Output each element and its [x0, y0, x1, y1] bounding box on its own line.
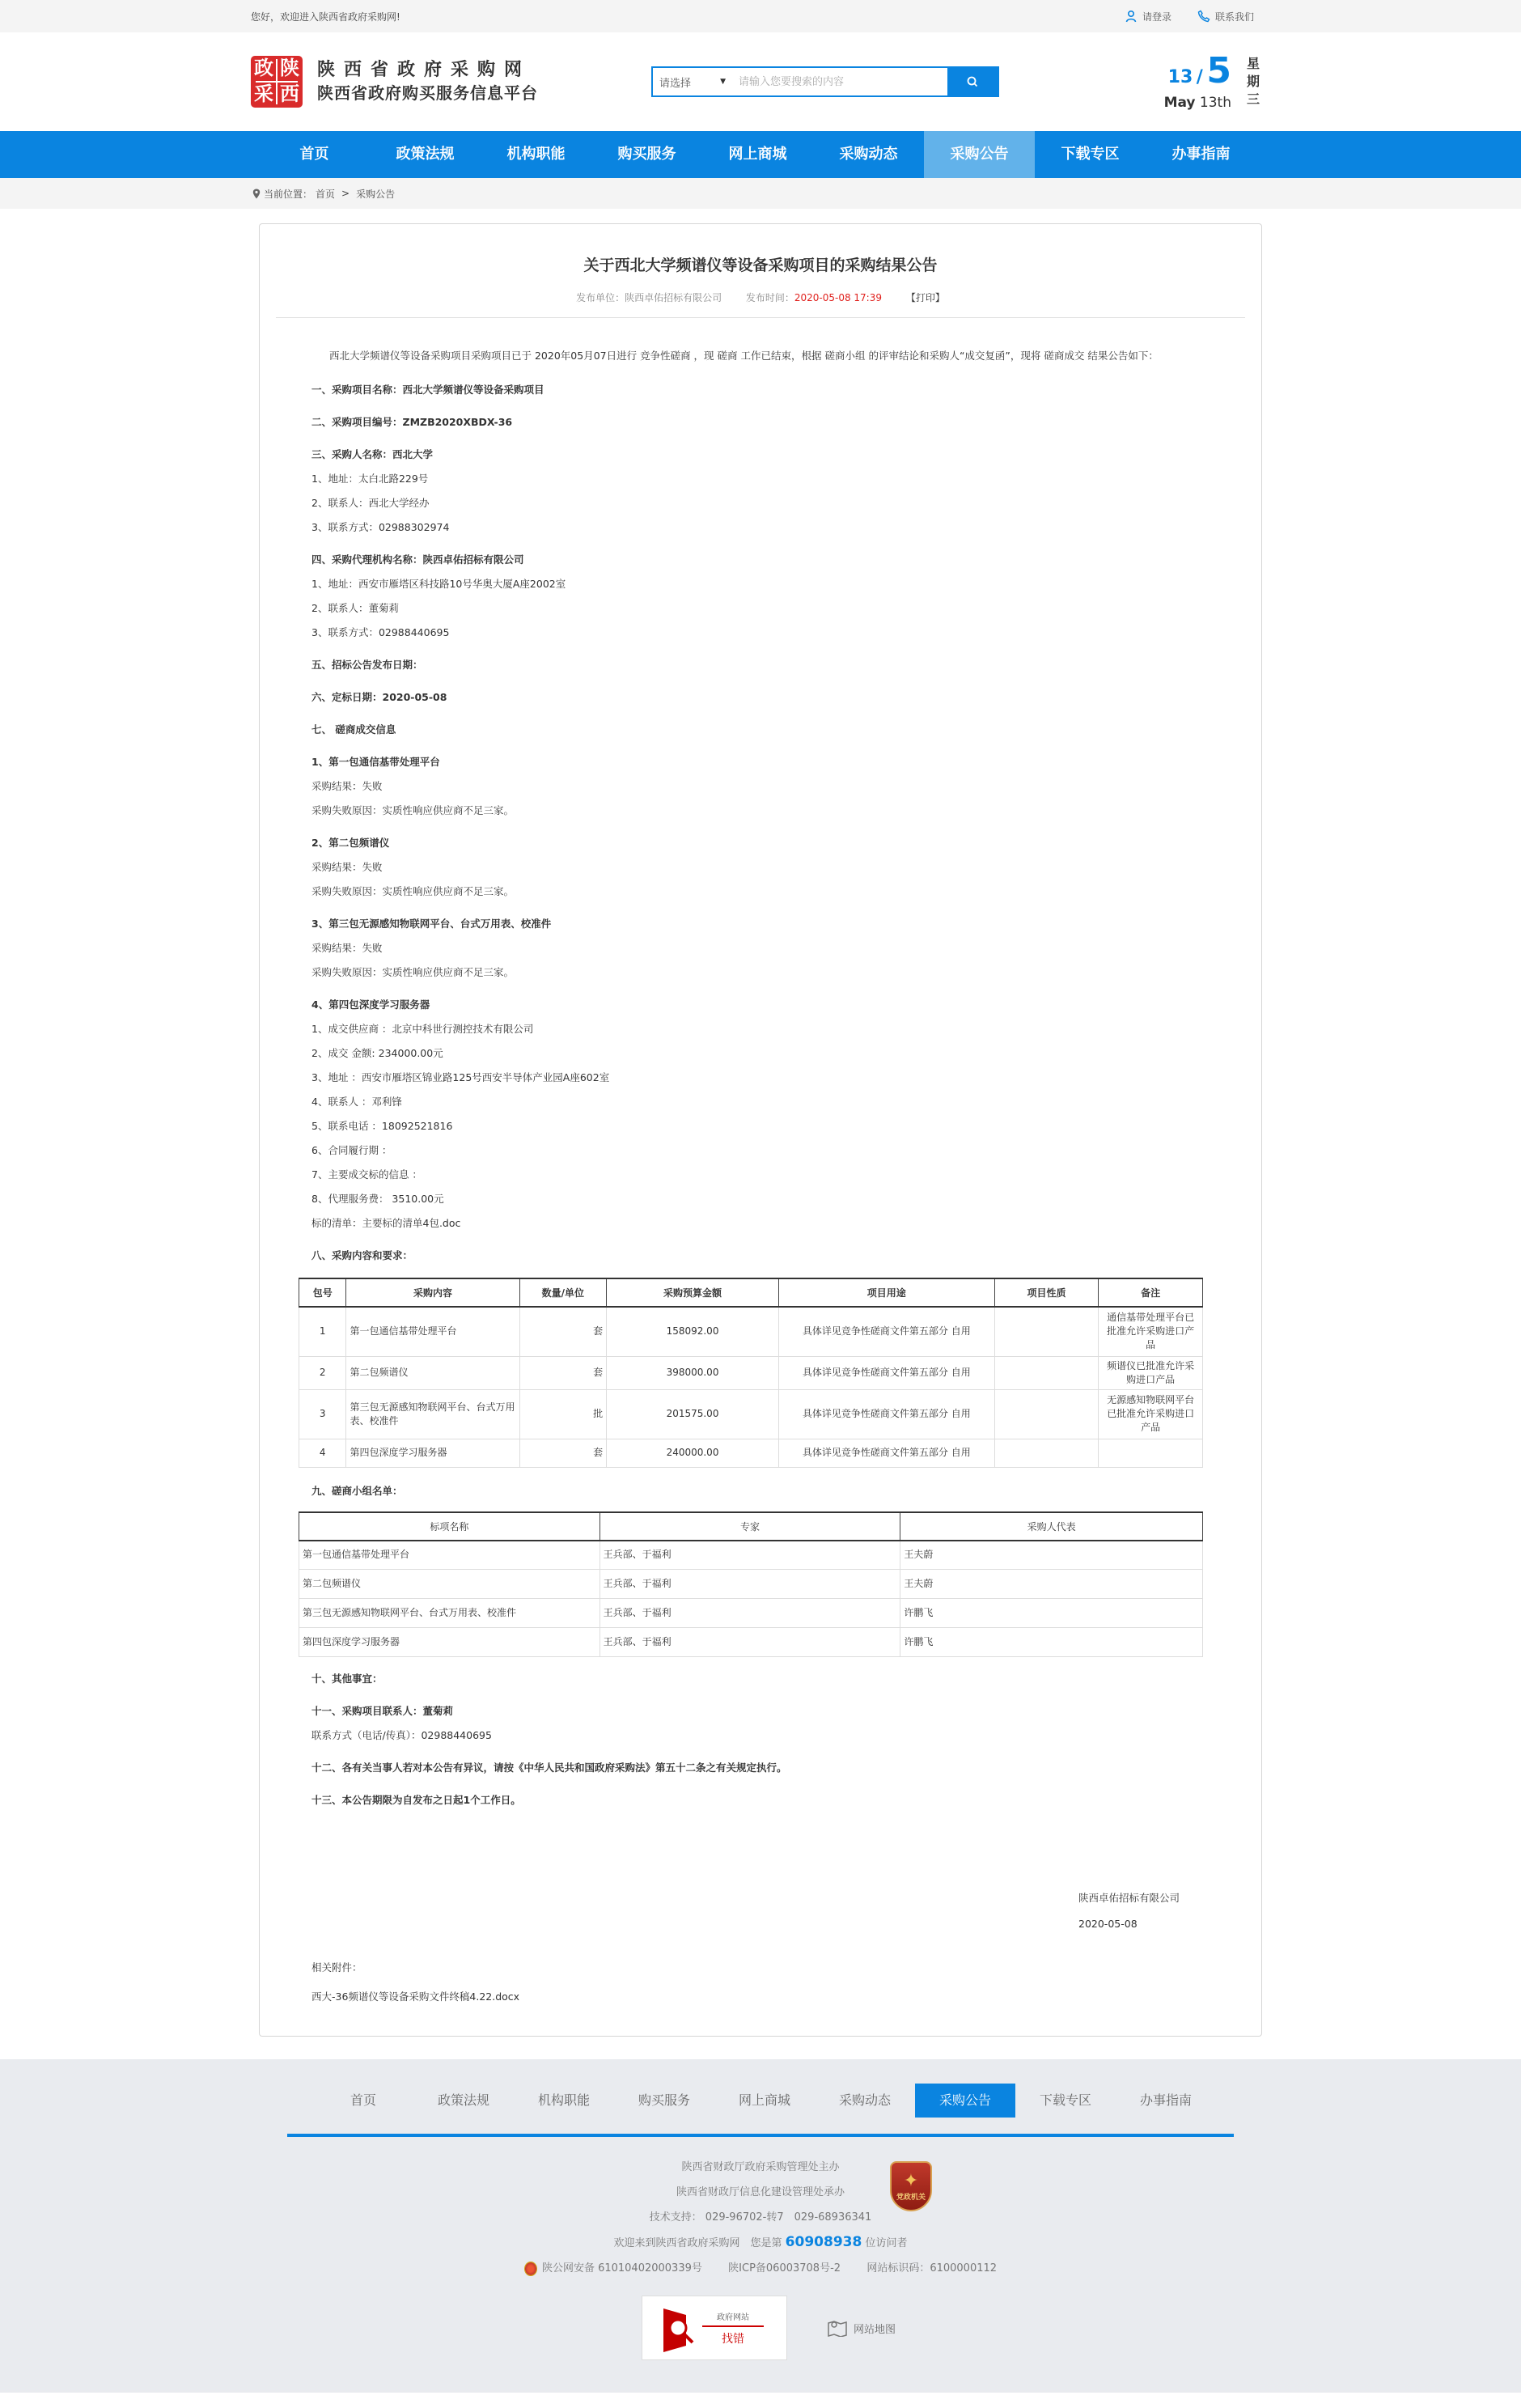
- table-cell: 第一包通信基带处理平台: [346, 1307, 519, 1356]
- table-cell: 王兵部、于福利: [600, 1599, 900, 1628]
- section-9: 九、磋商小组名单：: [311, 1479, 1210, 1503]
- section-6: 六、定标日期：2020-05-08: [311, 685, 1210, 710]
- table-cell: 具体详见竞争性磋商文件第五部分 自用: [778, 1439, 994, 1467]
- date-display: 13 / 5 May 13th 星 期 三: [1164, 53, 1260, 111]
- nav-item[interactable]: 下载专区: [1035, 131, 1146, 178]
- table-header: 标项名称: [299, 1512, 600, 1541]
- table-row: 第二包频谱仪王兵部、于福利王夫蔚: [299, 1570, 1203, 1599]
- magnifier-flag-icon: [663, 2304, 694, 2352]
- package-title: 1、第一包通信基带处理平台: [311, 750, 1210, 774]
- footer-divider: [287, 2134, 1234, 2137]
- package-4-title: 4、第四包深度学习服务器: [311, 993, 1210, 1017]
- package-result: 采购结果：失败: [311, 774, 1210, 799]
- table-cell: 具体详见竞争性磋商文件第五部分 自用: [778, 1307, 994, 1356]
- nav-item[interactable]: 网上商城: [702, 131, 813, 178]
- location-pin-icon: [252, 189, 261, 199]
- agency-detail: 3、联系方式：02988440695: [311, 621, 1210, 645]
- section-13: 十三、本公告期限为自发布之日起1个工作日。: [311, 1788, 1210, 1812]
- table-header: 采购预算金额: [607, 1278, 779, 1307]
- date-month-name: May: [1164, 95, 1196, 111]
- icp-link[interactable]: 陕ICP备06003708号-2: [728, 2262, 841, 2274]
- sitemap-link[interactable]: 网站地图: [828, 2319, 896, 2337]
- table-cell: 王兵部、于福利: [600, 1541, 900, 1570]
- article-card: 关于西北大学频谱仪等设备采购项目的采购结果公告 发布单位：陕西卓佑招标有限公司 …: [259, 223, 1262, 2037]
- section-3: 三、采购人名称：西北大学: [311, 443, 1210, 467]
- package-result: 采购结果：失败: [311, 936, 1210, 960]
- date-day: 13: [1168, 67, 1193, 87]
- package-title: 3、第三包无源感知物联网平台、台式万用表、校准件: [311, 912, 1210, 936]
- table-header: 备注: [1099, 1278, 1203, 1307]
- site-name: 陕西省政府采购网: [317, 59, 538, 82]
- party-emblem-icon: ✦: [904, 2172, 918, 2191]
- attachment-link[interactable]: 西大-36频谱仪等设备采购文件终稿4.22.docx: [311, 1982, 1210, 2012]
- purchaser-detail: 3、联系方式：02988302974: [311, 515, 1210, 540]
- breadcrumb-home[interactable]: 首页: [316, 187, 335, 201]
- publish-time-label: 发布时间：: [746, 292, 794, 303]
- section-12: 十二、各有关当事人若对本公告有异议，请按《中华人民共和国政府采购法》第五十二条之…: [311, 1756, 1210, 1780]
- panel-table: 标项名称专家采购人代表 第一包通信基带处理平台王兵部、于福利王夫蔚第二包频谱仪王…: [299, 1511, 1203, 1658]
- table-header: 项目用途: [778, 1278, 994, 1307]
- deal-detail: 2、成交 金额: 234000.00元: [311, 1041, 1210, 1066]
- procurement-table: 包号采购内容数量/单位采购预算金额项目用途项目性质备注 1第一包通信基带处理平台…: [299, 1278, 1203, 1468]
- table-header: 项目性质: [994, 1278, 1099, 1307]
- table-cell: [994, 1356, 1099, 1389]
- table-cell: 套: [519, 1439, 607, 1467]
- table-cell: 具体详见竞争性磋商文件第五部分 自用: [778, 1389, 994, 1439]
- date-day-ordinal: 13th: [1200, 95, 1231, 111]
- phone-icon: [1197, 10, 1210, 23]
- weekday-char: 期: [1246, 73, 1260, 91]
- table-cell: [994, 1439, 1099, 1467]
- nav-item[interactable]: 首页: [259, 131, 370, 178]
- section-2: 二、采购项目编号：ZMZB2020XBDX-36: [311, 410, 1210, 435]
- agency-detail: 1、地址：西安市雁塔区科技路10号华奥大厦A座2002室: [311, 572, 1210, 596]
- nav-item[interactable]: 办事指南: [1146, 131, 1256, 178]
- table-row: 4第四包深度学习服务器套240000.00具体详见竞争性磋商文件第五部分 自用: [299, 1439, 1203, 1467]
- police-record-link[interactable]: 陕公网安备 61010402000339号: [542, 2262, 702, 2274]
- map-icon: [828, 2319, 847, 2337]
- visitor-suffix: 位访问者: [865, 2237, 907, 2249]
- attachments-label: 相关附件：: [311, 1953, 1210, 1982]
- deal-detail: 4、联系人 ：邓利锋: [311, 1090, 1210, 1114]
- party-government-badge[interactable]: ✦ 党政机关: [890, 2161, 932, 2211]
- publisher: 陕西卓佑招标有限公司: [625, 292, 722, 303]
- deal-detail: 8、代理服务费： 3510.00元: [311, 1187, 1210, 1211]
- table-cell: 第四包深度学习服务器: [346, 1439, 519, 1467]
- nav-item[interactable]: 机构职能: [481, 131, 591, 178]
- login-link[interactable]: 请登录: [1125, 10, 1171, 23]
- section-8: 八、采购内容和要求：: [311, 1244, 1210, 1268]
- section-4: 四、采购代理机构名称：陕西卓佑招标有限公司: [311, 548, 1210, 572]
- table-cell: 许鹏飞: [900, 1599, 1203, 1628]
- weekday-char: 星: [1246, 55, 1260, 73]
- site-error-report-button[interactable]: 政府网站 找错: [642, 2296, 787, 2360]
- login-label: 请登录: [1142, 10, 1171, 23]
- footer-nav-item[interactable]: 政策法规: [413, 2084, 514, 2118]
- date-month: 5: [1206, 50, 1231, 91]
- user-icon: [1125, 10, 1138, 23]
- sitemap-label: 网站地图: [854, 2321, 896, 2336]
- table-cell: 具体详见竞争性磋商文件第五部分 自用: [778, 1356, 994, 1389]
- search-bar: 请选择 ▼: [651, 66, 999, 97]
- intro-paragraph: 西北大学频谱仪等设备采购项目采购项目已于 2020年05月07日进行 竞争性磋商…: [311, 342, 1210, 370]
- footer-visitors: 欢迎来到陕西省政府采购网 您是第 60908938 位访问者: [251, 2230, 1270, 2256]
- table-cell: 王夫蔚: [900, 1541, 1203, 1570]
- article-title: 关于西北大学频谱仪等设备采购项目的采购结果公告: [276, 224, 1245, 278]
- search-category-select[interactable]: 请选择 ▼: [653, 68, 734, 95]
- section-5: 五、招标公告发布日期：: [311, 653, 1210, 677]
- print-button[interactable]: 【打印】: [906, 292, 945, 303]
- deal-detail: 3、地址 ：西安市雁塔区锦业路125号西安半导体产业园A座602室: [311, 1066, 1210, 1090]
- table-cell: 240000.00: [607, 1439, 779, 1467]
- nav-item[interactable]: 购买服务: [591, 131, 702, 178]
- jiucuo-bottom-label: 找错: [702, 2330, 764, 2347]
- section-11: 十一、采购项目联系人：董菊莉: [311, 1699, 1210, 1723]
- table-cell: 无源感知物联网平台已批准允许采购进口产品: [1099, 1389, 1203, 1439]
- table-cell: 1: [299, 1307, 346, 1356]
- section-10: 十、其他事宜：: [311, 1667, 1210, 1691]
- deal-detail: 7、主要成交标的信息 ：: [311, 1163, 1210, 1187]
- table-cell: 2: [299, 1356, 346, 1389]
- package-title: 2、第二包频谱仪: [311, 831, 1210, 855]
- table-cell: 第二包频谱仪: [346, 1356, 519, 1389]
- table-cell: 第三包无源感知物联网平台、台式万用表、校准件: [346, 1389, 519, 1439]
- breadcrumb-current[interactable]: 采购公告: [356, 187, 395, 201]
- site-header: 政 陕 采 西 陕西省政府采购网 陕西省政府购买服务信息平台 请选择 ▼: [0, 32, 1521, 131]
- weekday: 星 期 三: [1246, 55, 1260, 108]
- table-header: 专家: [600, 1512, 900, 1541]
- table-row: 3第三包无源感知物联网平台、台式万用表、校准件批201575.00具体详见竞争性…: [299, 1389, 1203, 1439]
- package-fail-reason: 采购失败原因：实质性响应供应商不足三家。: [311, 960, 1210, 985]
- table-cell: 4: [299, 1439, 346, 1467]
- table-cell: 第四包深度学习服务器: [299, 1628, 600, 1657]
- breadcrumb-separator: >: [341, 188, 350, 199]
- table-cell: 套: [519, 1307, 607, 1356]
- site-logo[interactable]: 政 陕 采 西 陕西省政府采购网 陕西省政府购买服务信息平台: [251, 56, 538, 108]
- table-cell: 398000.00: [607, 1356, 779, 1389]
- visitor-prefix: 欢迎来到陕西省政府采购网 您是第: [614, 2237, 782, 2249]
- table-header: 采购内容: [346, 1278, 519, 1307]
- table-cell: 第三包无源感知物联网平台、台式万用表、校准件: [299, 1599, 600, 1628]
- package-fail-reason: 采购失败原因：实质性响应供应商不足三家。: [311, 799, 1210, 823]
- breadcrumb: 当前位置： 首页 > 采购公告: [0, 178, 1521, 209]
- agency-detail: 2、联系人：董菊莉: [311, 596, 1210, 621]
- table-cell: 158092.00: [607, 1307, 779, 1356]
- jiucuo-top-label: 政府网站: [702, 2310, 764, 2322]
- table-cell: 许鹏飞: [900, 1628, 1203, 1657]
- table-row: 第四包深度学习服务器王兵部、于福利许鹏飞: [299, 1628, 1203, 1657]
- article-body: 西北大学频谱仪等设备采购项目采购项目已于 2020年05月07日进行 竞争性磋商…: [276, 318, 1245, 2012]
- footer-nav-item[interactable]: 采购公告: [915, 2084, 1015, 2118]
- table-cell: 频谱仪已批准允许采购进口产品: [1099, 1356, 1203, 1389]
- nav-item[interactable]: 政策法规: [370, 131, 481, 178]
- table-row: 第一包通信基带处理平台王兵部、于福利王夫蔚: [299, 1541, 1203, 1570]
- deal-detail: 1、成交供应商 ：北京中科世行测控技术有限公司: [311, 1017, 1210, 1041]
- signature: 陕西卓佑招标有限公司 2020-05-08: [1078, 1885, 1210, 1937]
- table-cell: 第二包频谱仪: [299, 1570, 600, 1599]
- footer-operator: 陕西省财政厅信息化建设管理处承办: [251, 2180, 1270, 2205]
- section-11-contact: 联系方式（电话/传真）：02988440695: [311, 1723, 1210, 1748]
- table-cell: 王兵部、于福利: [600, 1628, 900, 1657]
- publisher-label: 发布单位：: [576, 292, 625, 303]
- article-meta: 发布单位：陕西卓佑招标有限公司 发布时间：2020-05-08 17:39 【打…: [276, 290, 1245, 318]
- purchaser-detail: 1、地址：太白北路229号: [311, 467, 1210, 491]
- logo-char: 政: [251, 56, 277, 82]
- sign-date: 2020-05-08: [1078, 1911, 1210, 1937]
- logo-mark: 政 陕 采 西: [251, 56, 303, 108]
- table-row: 第三包无源感知物联网平台、台式万用表、校准件王兵部、于福利许鹏飞: [299, 1599, 1203, 1628]
- table-header: 采购人代表: [900, 1512, 1203, 1541]
- top-bar: 您好，欢迎进入陕西省政府采购网! 请登录 联系我们: [0, 0, 1521, 32]
- welcome-text: 您好，欢迎进入陕西省政府采购网!: [251, 10, 400, 23]
- footer-nav-item[interactable]: 采购动态: [815, 2084, 915, 2118]
- deal-detail: 6、合同履行期 ：: [311, 1138, 1210, 1163]
- search-category-value: 请选择: [659, 74, 691, 90]
- table-cell: [994, 1307, 1099, 1356]
- party-badge-label: 党政机关: [896, 2191, 926, 2202]
- breadcrumb-label: 当前位置：: [264, 187, 312, 201]
- table-header: 数量/单位: [519, 1278, 607, 1307]
- table-cell: 201575.00: [607, 1389, 779, 1439]
- search-input[interactable]: [734, 68, 947, 95]
- table-cell: [994, 1389, 1099, 1439]
- table-header: 包号: [299, 1278, 346, 1307]
- package-fail-reason: 采购失败原因：实质性响应供应商不足三家。: [311, 880, 1210, 904]
- logo-char: 西: [277, 82, 303, 108]
- date-slash: /: [1197, 67, 1203, 87]
- table-cell: 套: [519, 1356, 607, 1389]
- site-code: 网站标识码：6100000112: [866, 2262, 997, 2274]
- footer-records: 陕公网安备 61010402000339号 陕ICP备06003708号-2 网…: [251, 2256, 1270, 2281]
- footer-nav-item[interactable]: 办事指南: [1116, 2084, 1216, 2118]
- caret-down-icon: ▼: [720, 78, 726, 86]
- contact-link[interactable]: 联系我们: [1197, 10, 1254, 23]
- main-nav: 首页政策法规机构职能购买服务网上商城采购动态采购公告下载专区办事指南: [0, 131, 1521, 178]
- publish-time: 2020-05-08 17:39: [794, 292, 882, 303]
- logo-char: 陕: [277, 56, 303, 82]
- search-icon: [966, 75, 979, 88]
- footer: 首页政策法规机构职能购买服务网上商城采购动态采购公告下载专区办事指南 陕西省财政…: [0, 2059, 1521, 2393]
- table-cell: 批: [519, 1389, 607, 1439]
- police-badge-icon: [524, 2262, 537, 2276]
- table-cell: 通信基带处理平台已批准允许采购进口产品: [1099, 1307, 1203, 1356]
- search-button[interactable]: [947, 68, 998, 95]
- table-cell: 王夫蔚: [900, 1570, 1203, 1599]
- footer-nav-item[interactable]: 网上商城: [714, 2084, 815, 2118]
- table-cell: 王兵部、于福利: [600, 1570, 900, 1599]
- package-result: 采购结果：失败: [311, 855, 1210, 880]
- footer-nav-item[interactable]: 购买服务: [614, 2084, 714, 2118]
- deal-detail: 5、联系电话 ：18092521816: [311, 1114, 1210, 1138]
- table-row: 1第一包通信基带处理平台套158092.00具体详见竞争性磋商文件第五部分 自用…: [299, 1307, 1203, 1356]
- purchaser-detail: 2、联系人：西北大学经办: [311, 491, 1210, 515]
- footer-support: 技术支持： 029-96702-转7 029-68936341: [251, 2205, 1270, 2230]
- logo-char: 采: [251, 82, 277, 108]
- nav-item[interactable]: 采购动态: [813, 131, 924, 178]
- site-subtitle: 陕西省政府购买服务信息平台: [317, 82, 538, 104]
- table-cell: 3: [299, 1389, 346, 1439]
- sign-company: 陕西卓佑招标有限公司: [1078, 1885, 1210, 1911]
- table-row: 2第二包频谱仪套398000.00具体详见竞争性磋商文件第五部分 自用频谱仪已批…: [299, 1356, 1203, 1389]
- table-cell: 第一包通信基带处理平台: [299, 1541, 600, 1570]
- footer-nav-item[interactable]: 下载专区: [1015, 2084, 1116, 2118]
- footer-nav-item[interactable]: 机构职能: [514, 2084, 614, 2118]
- attachments: 相关附件： 西大-36频谱仪等设备采购文件终稿4.22.docx: [311, 1953, 1210, 2012]
- contact-label: 联系我们: [1215, 10, 1254, 23]
- section-7: 七、 磋商成交信息: [311, 718, 1210, 742]
- deal-detail: 标的清单：主要标的清单4包.doc: [311, 1211, 1210, 1236]
- nav-item[interactable]: 采购公告: [924, 131, 1035, 178]
- table-cell: [1099, 1439, 1203, 1467]
- section-1: 一、采购项目名称：西北大学频谱仪等设备采购项目: [311, 378, 1210, 402]
- footer-nav-item[interactable]: 首页: [313, 2084, 413, 2118]
- footer-nav: 首页政策法规机构职能购买服务网上商城采购动态采购公告下载专区办事指南: [0, 2084, 1521, 2118]
- visitor-count: 60908938: [786, 2234, 862, 2250]
- footer-host: 陕西省财政厅政府采购管理处主办: [251, 2155, 1270, 2180]
- weekday-char: 三: [1246, 91, 1260, 108]
